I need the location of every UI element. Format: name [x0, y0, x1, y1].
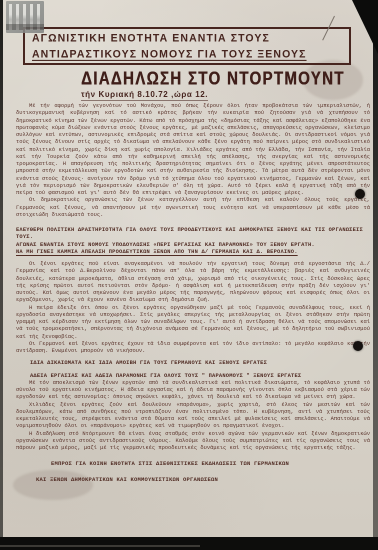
page-title: ΔΙΑΔΗΛΩΣΗ ΣΤΟ ΝΤΟΡΤΜΟΥΝΤ — [81, 69, 344, 90]
watermark-band — [6, 24, 44, 30]
body-paragraph: Οι ξένοι εργάτες πού είναι αναγκασμένοι … — [16, 261, 370, 305]
body-paragraph: Η διαδήλωση στό Ντόρτμουντ θά είναι ένας… — [16, 431, 370, 453]
body-text-column: Μέ τήν αφορμή τών γεγονότων τού Μονάχου,… — [16, 103, 370, 483]
spacer — [16, 468, 370, 476]
scan-edge-left — [0, 0, 3, 537]
body-paragraph: Η πείρα έδειξε ότι όπου οι ξένοι εργάτες… — [16, 305, 370, 341]
hole-punch-dot — [355, 189, 365, 199]
slogan-caps-line: ΕΛΕΥΘΕΡΗ ΠΟΛΙΤΙΚΗ ΔΡΑΣΤΗΡΙΟΤΗΤΑ ΓΙΑ ΟΛΟΥ… — [16, 227, 370, 242]
slogan-caps-line: ΑΓΩΝΑΣ ΕΝΑΝΤΙΑ ΣΤΟΥΣ ΝΟΜΟΥΣ ΥΠΟΔΟΥΛΩΣΗΣ … — [16, 242, 370, 249]
body-paragraph: Χιλιάδες ξένοι εργάτες ζούν καί δουλεύου… — [16, 402, 370, 431]
spacer — [16, 219, 370, 227]
scan-edge-right — [373, 0, 378, 550]
slogan-caps-line-underlined: ΝΑ ΜΗ ΓΙΝΕΙ ΚΑΜΜΙΑ ΑΠΕΛΑΣΗ ΠΡΟΟΔΕΥΤΙΚΩΝ … — [16, 249, 370, 256]
body-paragraph: Οι Γερμανοί καί ξένοι εργάτες έχουν τά ί… — [16, 341, 370, 356]
header-slogan-box: ΑΓΩΝΙΣΤΙΚΗ ΕΝΟΤΗΤΑ ΕΝΑΝΤΙΑ ΣΤΟΥΣ ΑΝΤΙΔΡΑ… — [23, 27, 351, 65]
closing-slogan-line1: ΕΜΠΡΟΣ ΓΙΑ ΚΟΙΝΗ ΕΝΟΤΗΤΑ ΣΤΙΣ ΔΙΕΘΝΙΣΤΙΚ… — [51, 460, 370, 467]
body-paragraph: Μέ τόν αποκλεισμό τών ξένων εργατών από … — [16, 380, 370, 402]
archive-watermark-stamp — [6, 1, 44, 33]
spacer — [16, 452, 370, 460]
header-slogan-line2: ΑΝΤΙΔΡΑΣΤΙΚΟΥΣ ΝΟΜΟΥΣ ΓΙΑ ΤΟΥΣ ΞΕΝΟΥΣ — [25, 48, 349, 62]
scan-edge-bottom — [0, 537, 378, 550]
header-slogan-line1: ΑΓΩΝΙΣΤΙΚΗ ΕΝΟΤΗΤΑ ΕΝΑΝΤΙΑ ΣΤΟΥΣ — [25, 32, 349, 46]
scanned-leaflet-page: ΑΓΩΝΙΣΤΙΚΗ ΕΝΟΤΗΤΑ ΕΝΑΝΤΙΑ ΣΤΟΥΣ ΑΝΤΙΔΡΑ… — [3, 0, 373, 537]
hole-punch-dot — [353, 341, 363, 351]
slogan-caps-line: ΙΔΙΑ ΔΙΚΑΙΩΜΑΤΑ ΚΑΙ ΙΔΙΑ ΑΜΟΙΒΗ ΓΙΑ ΤΟΥΣ… — [30, 360, 370, 367]
body-paragraph: Οι δημοκρατικές οργανώσεις τών ξένων κατ… — [16, 197, 370, 219]
body-paragraph: Μέ τήν αφορμή τών γεγονότων τού Μονάχου,… — [16, 103, 370, 197]
closing-slogan-line2: ΚΑΙ ΞΕΝΩΝ ΔΗΜΟΚΡΑΤΙΚΩΝ ΚΑΙ ΚΟΜΜΟΥΝΙΣΤΙΚΩ… — [36, 476, 370, 483]
slogan-caps-line: ΑΔΕΙΑ ΕΡΓΑΣΙΑΣ ΚΑΙ ΑΔΕΙΑ ΠΑΡΑΜΟΝΗΣ ΓΙΑ Ο… — [30, 373, 370, 380]
event-date-time: τήν Κυριακή 8.10.72 ,ώρα 12. — [81, 90, 208, 101]
